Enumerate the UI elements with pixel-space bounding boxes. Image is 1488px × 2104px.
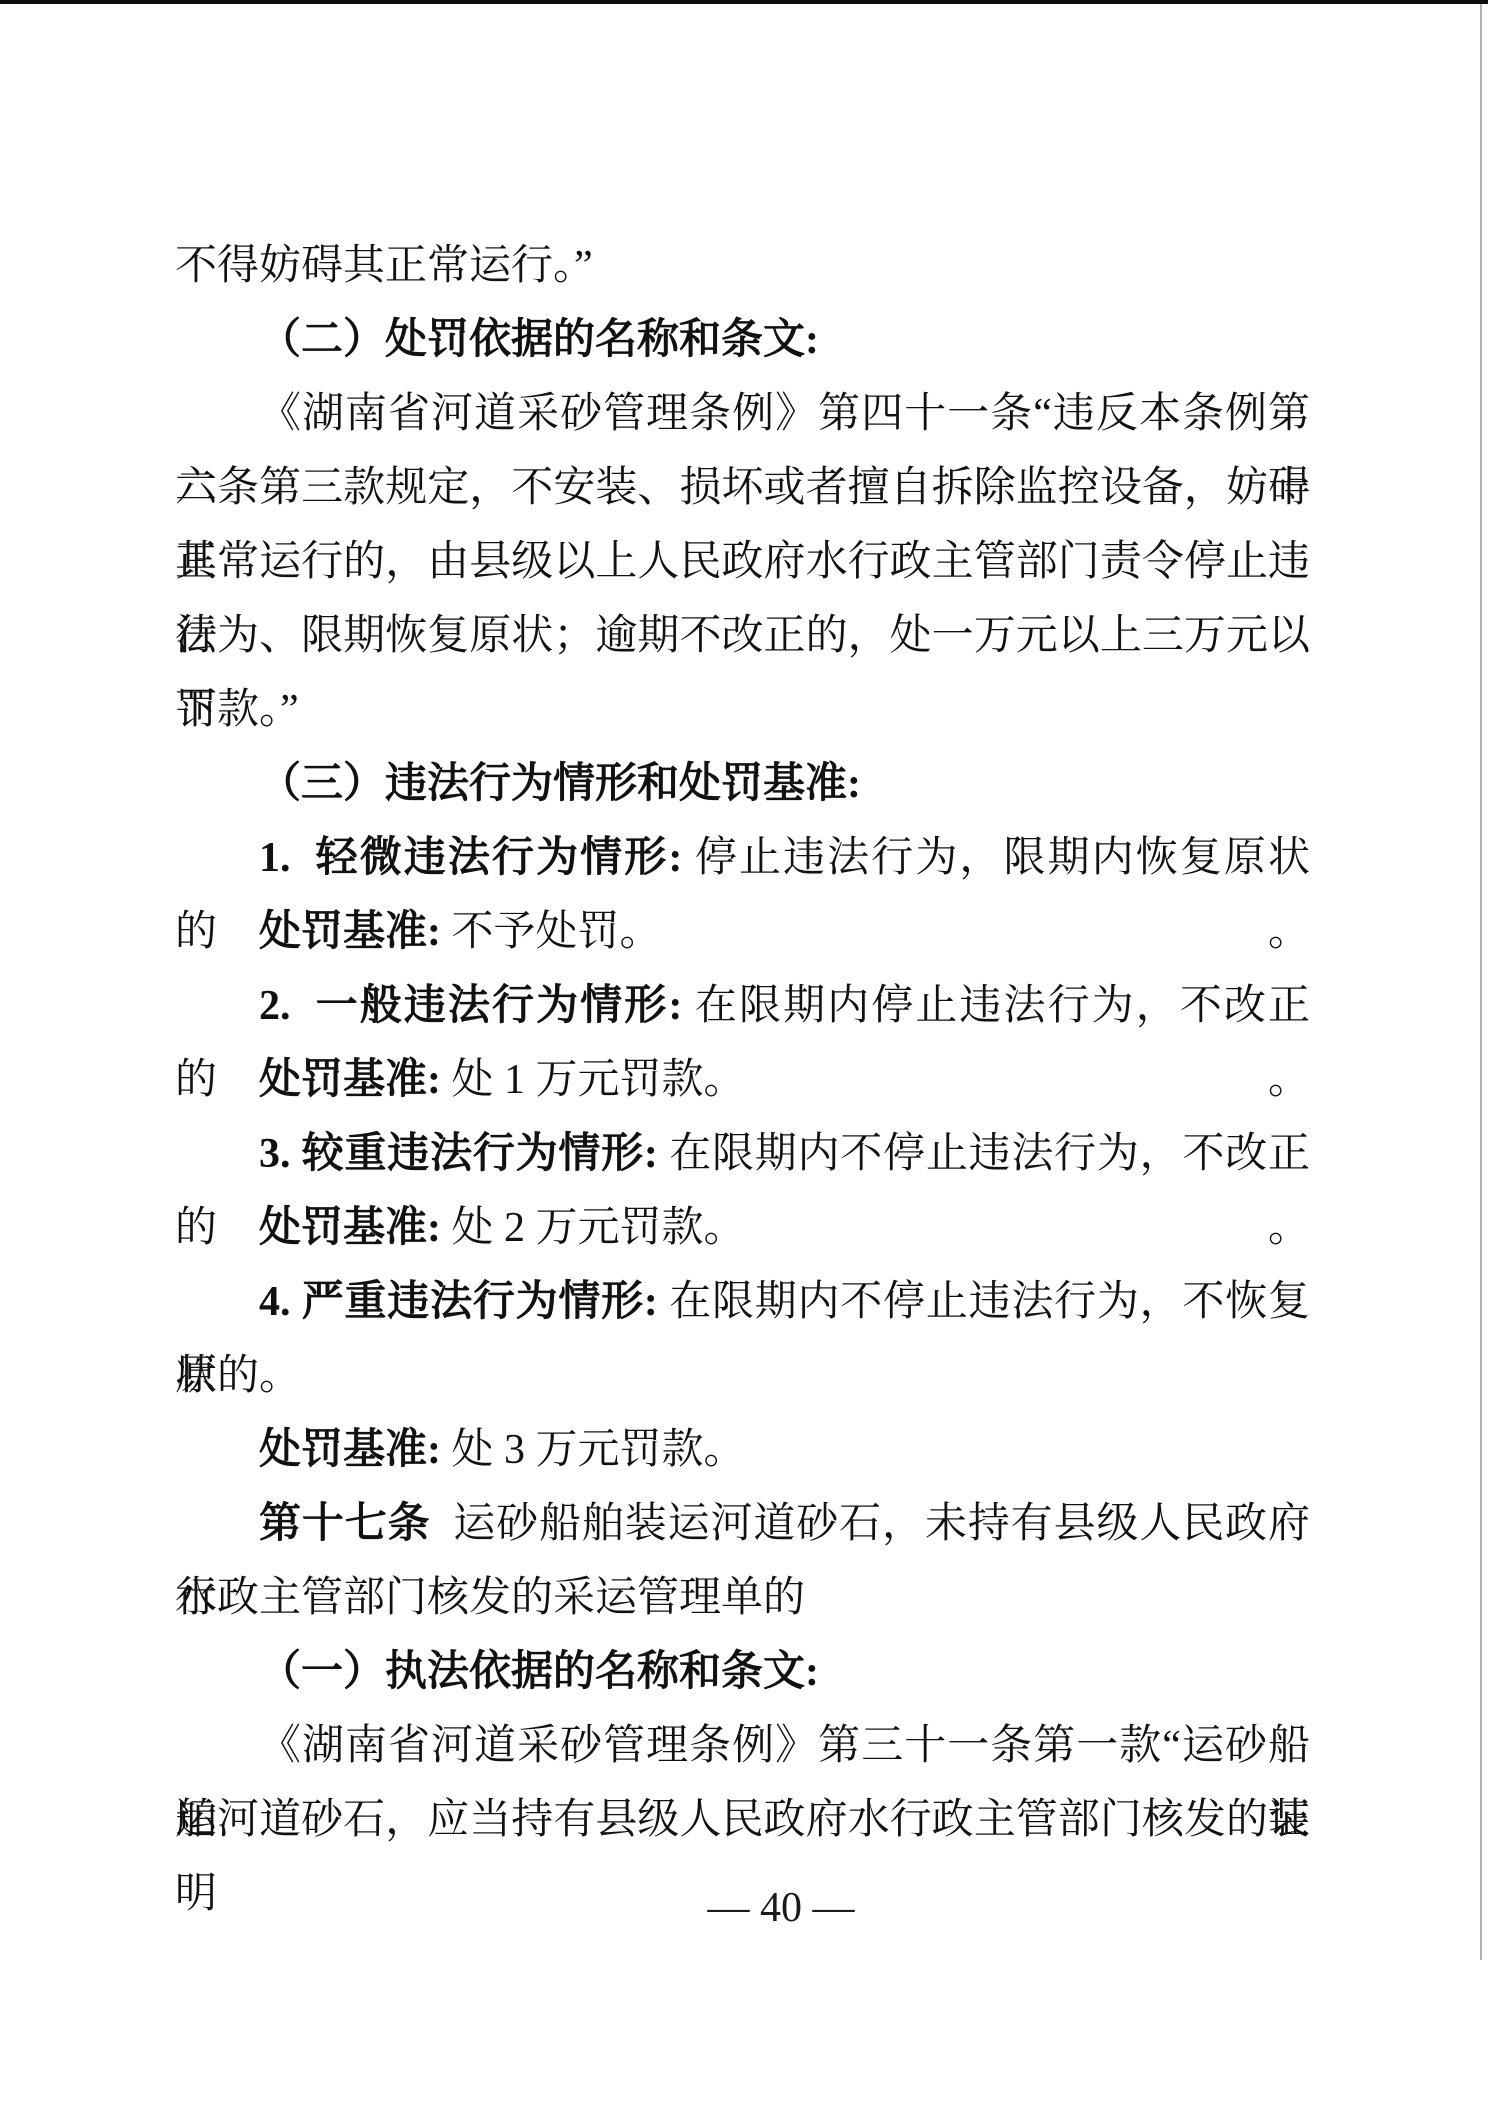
page-number: — 40 — xyxy=(37,1873,1488,1943)
text-run: 不得妨碍其正常运行。” xyxy=(175,243,593,289)
text-line: （三）违法行为情形和处罚基准: xyxy=(175,747,1310,821)
text-line: 六条第三款规定，不安装、损坏或者擅自拆除监控设备，妨碍其 xyxy=(175,451,1310,525)
text-run: 状的。 xyxy=(175,1353,301,1399)
text-run: 处 2 万元罚款。 xyxy=(441,1205,746,1251)
text-run-bold: 第十七条 xyxy=(259,1501,431,1547)
text-run-bold: 处罚基准: xyxy=(259,1427,441,1473)
text-line: 罚款。” xyxy=(175,673,1310,747)
text-run-bold: 2. 一般违法行为情形: xyxy=(259,983,682,1029)
text-run-bold: 4. 严重违法行为情形: xyxy=(259,1279,658,1325)
text-run-bold: 1. 轻微违法行为情形: xyxy=(259,835,682,881)
text-line: 行政主管部门核发的采运管理单的 xyxy=(175,1561,1310,1635)
text-line: 运河道砂石，应当持有县级人民政府水行政主管部门核发的证明 xyxy=(175,1783,1310,1857)
text-line: 1. 轻微违法行为情形: 停止违法行为，限期内恢复原状的。 xyxy=(175,821,1310,895)
text-line: 不得妨碍其正常运行。” xyxy=(175,229,1310,303)
text-line: 状的。 xyxy=(175,1339,1310,1413)
text-line: 处罚基准: 处 3 万元罚款。 xyxy=(175,1413,1310,1487)
text-run: 行政主管部门核发的采运管理单的 xyxy=(175,1575,805,1621)
text-line: 3. 较重违法行为情形: 在限期内不停止违法行为，不改正的。 xyxy=(175,1117,1310,1191)
text-run-bold: （一）执法依据的名称和条文: xyxy=(259,1649,819,1695)
text-run-bold: （二）处罚依据的名称和条文: xyxy=(259,317,819,363)
text-run-bold: 处罚基准: xyxy=(259,909,441,955)
text-line: 《湖南省河道采砂管理条例》第四十一条“违反本条例第二十 xyxy=(175,377,1310,451)
text-line: 2. 一般违法行为情形: 在限期内停止违法行为，不改正的。 xyxy=(175,969,1310,1043)
text-run-bold: 处罚基准: xyxy=(259,1057,441,1103)
text-run-bold: 3. 较重违法行为情形: xyxy=(259,1131,658,1177)
text-line: （一）执法依据的名称和条文: xyxy=(175,1635,1310,1709)
scan-edge-right xyxy=(1480,4,1482,1960)
text-line: （二）处罚依据的名称和条文: xyxy=(175,303,1310,377)
text-line: 正常运行的，由县级以上人民政府水行政主管部门责令停止违法 xyxy=(175,525,1310,599)
text-run-bold: （三）违法行为情形和处罚基准: xyxy=(259,761,861,807)
text-run: 处 3 万元罚款。 xyxy=(441,1427,746,1473)
text-run-bold: 处罚基准: xyxy=(259,1205,441,1251)
text-run: 罚款。” xyxy=(175,687,299,733)
text-run: 处 1 万元罚款。 xyxy=(441,1057,746,1103)
text-line: 《湖南省河道采砂管理条例》第三十一条第一款“运砂船舶装 xyxy=(175,1709,1310,1783)
text-line: 4. 严重违法行为情形: 在限期内不停止违法行为，不恢复原 xyxy=(175,1265,1310,1339)
scan-edge-top xyxy=(0,0,1488,4)
document-page: 不得妨碍其正常运行。”（二）处罚依据的名称和条文:《湖南省河道采砂管理条例》第四… xyxy=(0,0,1488,2104)
text-line: 行为、限期恢复原状；逾期不改正的，处一万元以上三万元以下 xyxy=(175,599,1310,673)
document-content: 不得妨碍其正常运行。”（二）处罚依据的名称和条文:《湖南省河道采砂管理条例》第四… xyxy=(175,229,1310,1857)
text-run: 不予处罚。 xyxy=(441,909,662,955)
text-line: 第十七条 运砂船舶装运河道砂石，未持有县级人民政府水 xyxy=(175,1487,1310,1561)
